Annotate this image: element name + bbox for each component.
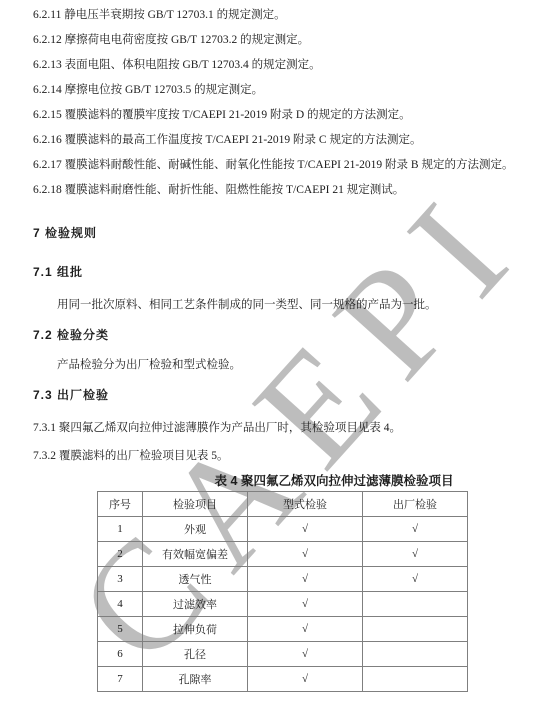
clause-6-2-14: 6.2.14 摩擦电位按 GB/T 12703.5 的规定测定。 (33, 83, 528, 98)
clause-6-2-16: 6.2.16 覆膜滤料的最高工作温度按 T/CAEPI 21-2019 附录 C… (33, 133, 528, 148)
table-row: 5 拉伸负荷 √ (98, 617, 468, 642)
cell-item: 有效幅宽偏差 (143, 542, 248, 567)
cell-type-check: √ (248, 517, 363, 542)
cell-factory-check: √ (363, 517, 468, 542)
cell-type-check: √ (248, 617, 363, 642)
table4-header-factory: 出厂检验 (363, 492, 468, 517)
cell-type-check: √ (248, 542, 363, 567)
table-row: 6 孔径 √ (98, 642, 468, 667)
table4-header-row: 序号 检验项目 型式检验 出厂检验 (98, 492, 468, 517)
table-row: 2 有效幅宽偏差 √ √ (98, 542, 468, 567)
cell-item: 孔径 (143, 642, 248, 667)
clause-7-3-2: 7.3.2 覆膜滤料的出厂检验项目见表 5。 (33, 449, 528, 464)
section-7-2-body: 产品检验分为出厂检验和型式检验。 (33, 358, 528, 373)
clause-6-2-12: 6.2.12 摩擦荷电电荷密度按 GB/T 12703.2 的规定测定。 (33, 33, 528, 48)
cell-factory-check (363, 592, 468, 617)
clause-6-2-17: 6.2.17 覆膜滤料耐酸性能、耐碱性能、耐氧化性能按 T/CAEPI 21-2… (33, 158, 528, 173)
cell-factory-check (363, 667, 468, 692)
table-row: 7 孔隙率 √ (98, 667, 468, 692)
cell-item: 孔隙率 (143, 667, 248, 692)
section-7-1-title: 7.1 组批 (33, 265, 528, 280)
cell-item: 过滤效率 (143, 592, 248, 617)
document-content: 6.2.11 静电压半衰期按 GB/T 12703.1 的规定测定。 6.2.1… (0, 0, 534, 716)
table4: 序号 检验项目 型式检验 出厂检验 1 外观 √ √ 2 有效幅宽偏差 √ √ (97, 491, 468, 692)
clause-6-2-11: 6.2.11 静电压半衰期按 GB/T 12703.1 的规定测定。 (33, 8, 528, 23)
cell-factory-check: √ (363, 542, 468, 567)
clause-6-2-13: 6.2.13 表面电阻、体积电阻按 GB/T 12703.4 的规定测定。 (33, 58, 528, 73)
section-7-2-title: 7.2 检验分类 (33, 328, 528, 343)
cell-item: 外观 (143, 517, 248, 542)
cell-no: 5 (98, 617, 143, 642)
section-7-3-title: 7.3 出厂检验 (33, 388, 528, 403)
cell-no: 4 (98, 592, 143, 617)
table4-caption: 表 4 聚四氟乙烯双向拉伸过滤薄膜检验项目 (149, 474, 519, 489)
table-row: 3 透气性 √ √ (98, 567, 468, 592)
clause-6-2-15: 6.2.15 覆膜滤料的覆膜牢度按 T/CAEPI 21-2019 附录 D 的… (33, 108, 528, 123)
cell-no: 7 (98, 667, 143, 692)
table4-header-no: 序号 (98, 492, 143, 517)
cell-no: 6 (98, 642, 143, 667)
cell-type-check: √ (248, 567, 363, 592)
cell-type-check: √ (248, 642, 363, 667)
cell-no: 1 (98, 517, 143, 542)
cell-no: 2 (98, 542, 143, 567)
section-7-1-body: 用同一批次原料、相同工艺条件制成的同一类型、同一规格的产品为一批。 (33, 298, 528, 313)
cell-no: 3 (98, 567, 143, 592)
cell-item: 透气性 (143, 567, 248, 592)
section-7-title: 7 检验规则 (33, 226, 528, 241)
document-page: CAEPI 6.2.11 静电压半衰期按 GB/T 12703.1 的规定测定。… (0, 0, 534, 716)
clause-7-3-1: 7.3.1 聚四氟乙烯双向拉伸过滤薄膜作为产品出厂时，其检验项目见表 4。 (33, 421, 528, 436)
cell-factory-check: √ (363, 567, 468, 592)
table-row: 1 外观 √ √ (98, 517, 468, 542)
cell-type-check: √ (248, 592, 363, 617)
table-row: 4 过滤效率 √ (98, 592, 468, 617)
cell-item: 拉伸负荷 (143, 617, 248, 642)
table4-header-item: 检验项目 (143, 492, 248, 517)
table4-header-type: 型式检验 (248, 492, 363, 517)
cell-type-check: √ (248, 667, 363, 692)
cell-factory-check (363, 617, 468, 642)
clause-6-2-18: 6.2.18 覆膜滤料耐磨性能、耐折性能、阻燃性能按 T/CAEPI 21 规定… (33, 183, 528, 198)
cell-factory-check (363, 642, 468, 667)
